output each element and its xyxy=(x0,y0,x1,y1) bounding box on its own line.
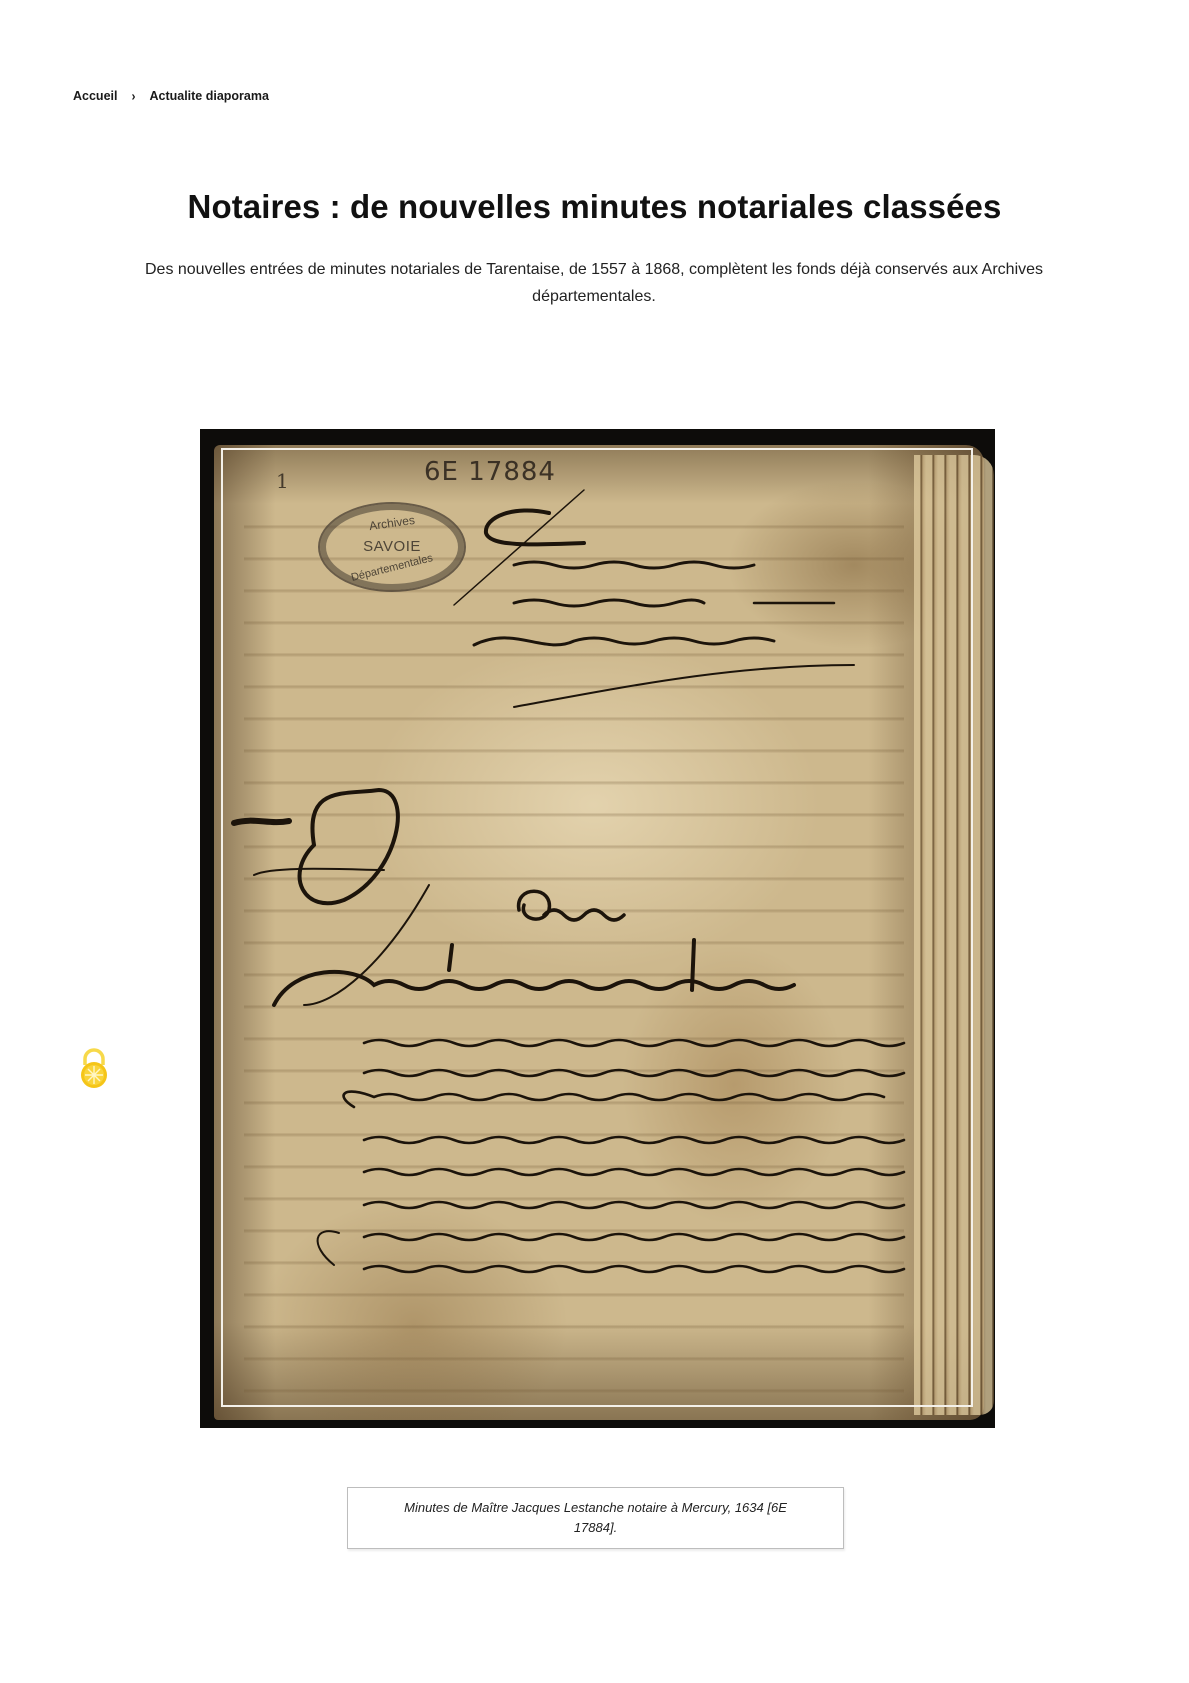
chevron-right-icon: › xyxy=(131,88,135,103)
padlock-icon[interactable] xyxy=(78,1047,110,1091)
breadcrumb-home-link[interactable]: Accueil xyxy=(73,89,117,103)
handwriting-strokes xyxy=(214,445,984,1420)
breadcrumb-current: Actualite diaporama xyxy=(149,89,268,103)
page: Accueil › Actualite diaporama Notaires :… xyxy=(0,0,1189,1683)
parchment-page: 1 6E 17884 Archives SAVOIE Départemental… xyxy=(214,445,984,1420)
article-lead: Des nouvelles entrées de minutes notaria… xyxy=(112,256,1076,310)
page-title: Notaires : de nouvelles minutes notarial… xyxy=(0,188,1189,226)
image-caption: Minutes de Maître Jacques Lestanche nota… xyxy=(347,1487,844,1549)
manuscript-image[interactable]: 1 6E 17884 Archives SAVOIE Départemental… xyxy=(200,429,995,1428)
breadcrumb: Accueil › Actualite diaporama xyxy=(73,89,269,103)
